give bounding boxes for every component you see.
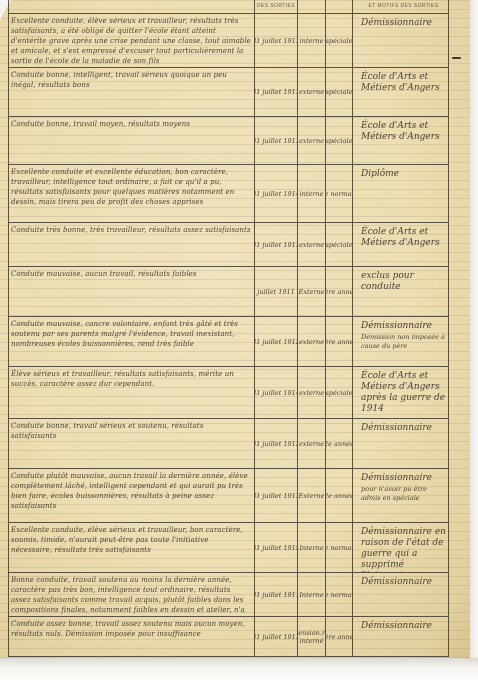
remarks-text: Conduite bonne, travail moyen, résultats… [11, 119, 251, 129]
remarks-cell: Élève sérieux et travailleur, résultats … [9, 367, 255, 418]
class-text: spéciale [326, 137, 352, 145]
motif-cell: Diplôme [353, 165, 449, 222]
motif-cell: Démissionnaire pour n'avoir pu être admi… [353, 469, 449, 522]
regime-text: externe [299, 389, 324, 397]
regime-cell: externe [298, 117, 326, 164]
header-status-cell [298, 0, 326, 13]
class-cell: 1ère année [326, 317, 353, 366]
remarks-text: Conduite bonne, travail sérieux et soute… [11, 421, 251, 441]
exit-date-cell: 31 juillet 1913 [255, 223, 298, 266]
class-cell: 3e normale [326, 523, 353, 572]
exit-date-cell: 31 juillet 1914 [255, 367, 298, 418]
motif-text: Démissionnaire [361, 575, 446, 588]
class-text: 1ère année [326, 633, 353, 641]
exit-date-cell: 31 juillet 1913 [255, 469, 298, 522]
regime-cell: externe [298, 367, 326, 418]
remarks-text: Excellente conduite, élève sérieux et tr… [11, 16, 251, 66]
regime-note-text: interné [300, 637, 324, 645]
remarks-text: Conduite mauvaise, cancre volontaire, en… [11, 319, 251, 349]
exit-date-cell: 31 juillet 1913 [255, 14, 298, 67]
table-row: Conduite mauvaise, cancre volontaire, en… [9, 317, 449, 367]
exit-date-text: 31 juillet 1912 [255, 440, 298, 448]
motif-text: Diplôme [361, 167, 446, 180]
class-cell: spéciale [326, 14, 353, 67]
class-text: 1ère année [326, 288, 353, 296]
exit-date-text: 31 juillet 1913 [255, 633, 298, 641]
table-row: Excellente conduite, élève sérieux et tr… [9, 523, 449, 573]
exit-date-cell: juillet 1911 [255, 267, 298, 316]
class-text: spéciale [326, 241, 352, 249]
exit-date-cell: 31 juillet 1913 [255, 68, 298, 116]
remarks-text: Conduite bonne, intelligent, travail sér… [11, 70, 251, 90]
header-date-label: DES SORTIES [257, 3, 295, 9]
table-row: Conduite assez bonne, travail assez sout… [9, 617, 449, 657]
regime-text: externe [299, 88, 324, 96]
table-row: Conduite bonne, travail sérieux et soute… [9, 419, 449, 469]
remarks-text: Bonne conduite, travail soutenu au moins… [11, 575, 251, 616]
class-cell: 1ère année [326, 617, 353, 656]
margin-tick-mark [452, 57, 461, 59]
motif-text: École d'Arts et Métiers d'Angers après l… [361, 369, 446, 415]
exit-date-text: 31 juillet 1913 [255, 492, 298, 500]
regime-text: Interne [299, 544, 323, 552]
regime-cell: Externe [298, 469, 326, 522]
remarks-cell: Excellente conduite, élève sérieux et tr… [9, 523, 255, 572]
class-cell: 4e normale [326, 165, 353, 222]
regime-cell: Externe [298, 267, 326, 316]
exit-date-text: 31 juillet 1912 [255, 338, 298, 346]
motif-text: Démissionnaire [361, 421, 446, 434]
exit-date-text: 31 juillet 1914 [255, 389, 298, 397]
exit-date-cell: 31 juillet 1914 [255, 165, 298, 222]
regime-cell: Interne [298, 573, 326, 616]
class-text: 2e année [326, 492, 353, 500]
regime-text: externe [299, 338, 324, 346]
page-right-edge [470, 0, 478, 680]
header-date-cell: DES SORTIES [255, 0, 298, 13]
regime-cell: externe [298, 68, 326, 116]
motif-note-text: pour n'avoir pu être admis en spéciale [361, 485, 446, 503]
motif-text: exclus pour conduite [361, 269, 446, 293]
regime-text: externe [299, 440, 324, 448]
motif-cell: École d'Arts et Métiers d'Angers après l… [353, 367, 449, 418]
exit-date-cell: 31 juillet 1912 [255, 317, 298, 366]
exit-date-cell: 31 juillet 1915 [255, 523, 298, 572]
regime-cell: externe [298, 419, 326, 468]
exit-date-text: 31 juillet 1913 [255, 137, 298, 145]
table-row: Conduite bonne, travail moyen, résultats… [9, 117, 449, 165]
remarks-cell: Conduite mauvaise, aucun travail, résult… [9, 267, 255, 316]
motif-text: Démissionnaire [361, 619, 446, 632]
regime-cell: pension.re interné [298, 617, 326, 656]
exit-date-cell: 31 juillet 1913 [255, 617, 298, 656]
remarks-cell: Conduite mauvaise, cancre volontaire, en… [9, 317, 255, 366]
exit-date-text: 31 juillet 1914 [255, 190, 298, 198]
class-cell: 1ère année [326, 267, 353, 316]
regime-text: Interne [299, 591, 323, 599]
remarks-cell: Excellente conduite et excellente éducat… [9, 165, 255, 222]
remarks-text: Conduite mauvaise, aucun travail, résult… [11, 269, 251, 279]
table-row: Conduite plutôt mauvaise, aucun travail … [9, 469, 449, 523]
class-cell: spéciale [326, 68, 353, 116]
motif-cell: École d'Arts et Métiers d'Angers [353, 117, 449, 164]
regime-text: externe [299, 137, 324, 145]
class-cell: 2e année [326, 469, 353, 522]
remarks-text: Conduite assez bonne, travail assez sout… [11, 619, 251, 639]
table-row: Bonne conduite, travail soutenu au moins… [9, 573, 449, 617]
class-text: spéciale [326, 389, 352, 397]
motif-cell: Démissionnaire [353, 419, 449, 468]
exit-date-text: 31 juillet 1913 [255, 88, 298, 96]
exit-date-cell: 31 juillet 1912 [255, 419, 298, 468]
table-row: Excellente conduite et excellente éducat… [9, 165, 449, 223]
regime-text: Externe [298, 492, 324, 500]
header-motif-cell: ET MOTIFS DES SORTIES [353, 0, 449, 13]
table-row: Excellente conduite, élève sérieux et tr… [9, 14, 449, 68]
class-text: 4e normale [326, 591, 353, 599]
remarks-cell: Conduite assez bonne, travail assez sout… [9, 617, 255, 656]
motif-text: Démissionnaire [361, 16, 446, 29]
regime-cell: interne [298, 14, 326, 67]
remarks-text: Conduite plutôt mauvaise, aucun travail … [11, 471, 251, 511]
header-remarks-cell [9, 0, 255, 13]
remarks-text: Excellente conduite, élève sérieux et tr… [11, 525, 251, 555]
motif-cell: École d'Arts et Métiers d'Angers [353, 68, 449, 116]
table-row: Conduite bonne, intelligent, travail sér… [9, 68, 449, 117]
table-row: Conduite très bonne, très travailleur, r… [9, 223, 449, 267]
regime-cell: externe [298, 317, 326, 366]
regime-text: pension.re [298, 629, 326, 637]
motif-cell: Démissionnaire [353, 617, 449, 656]
table-header-row: DES SORTIES ET MOTIFS DES SORTIES [9, 0, 449, 14]
exit-date-text: 31 juillet 1915 [255, 544, 298, 552]
register-page: DES SORTIES ET MOTIFS DES SORTIES Excell… [0, 0, 470, 658]
motif-cell: Démissionnaire [353, 573, 449, 616]
motif-cell: exclus pour conduite [353, 267, 449, 316]
motif-note-text: Démission non imposée à cause du père [361, 333, 446, 351]
class-text: 1ère année [326, 338, 353, 346]
remarks-text: Conduite très bonne, très travailleur, r… [11, 225, 251, 235]
remarks-cell: Conduite bonne, intelligent, travail sér… [9, 68, 255, 116]
motif-cell: Démissionnaire Démission non imposée à c… [353, 317, 449, 366]
class-cell: spéciale [326, 223, 353, 266]
motif-cell: Démissionnaire en raison de l'état de gu… [353, 523, 449, 572]
class-text: 2e année [326, 440, 353, 448]
remarks-text: Excellente conduite et excellente éducat… [11, 167, 251, 207]
motif-text: École d'Arts et Métiers d'Angers [361, 225, 446, 249]
regime-text: interne [300, 190, 324, 198]
header-motif-label: ET MOTIFS DES SORTIES [369, 3, 439, 9]
exit-date-cell: 31 juillet 1911 [255, 573, 298, 616]
regime-text: interne [300, 37, 324, 45]
exit-date-text: 31 juillet 1913 [255, 37, 298, 45]
class-cell: 2e année [326, 419, 353, 468]
remarks-cell: Conduite très bonne, très travailleur, r… [9, 223, 255, 266]
regime-cell: Interne [298, 523, 326, 572]
table-row: Conduite mauvaise, aucun travail, résult… [9, 267, 449, 317]
motif-text: École d'Arts et Métiers d'Angers [361, 119, 446, 143]
remarks-cell: Bonne conduite, travail soutenu au moins… [9, 573, 255, 616]
motif-cell: École d'Arts et Métiers d'Angers [353, 223, 449, 266]
register-table: DES SORTIES ET MOTIFS DES SORTIES Excell… [8, 0, 449, 657]
motif-cell: Démissionnaire [353, 14, 449, 67]
regime-text: Externe [298, 288, 324, 296]
regime-cell: interne [298, 165, 326, 222]
table-body: Excellente conduite, élève sérieux et tr… [9, 14, 449, 657]
class-cell: spéciale [326, 367, 353, 418]
exit-date-text: 31 juillet 1913 [255, 241, 298, 249]
header-class-cell [326, 0, 353, 13]
remarks-cell: Conduite bonne, travail sérieux et soute… [9, 419, 255, 468]
exit-date-text: juillet 1911 [257, 288, 295, 296]
motif-text: Démissionnaire en raison de l'état de gu… [361, 525, 446, 572]
exit-date-text: 31 juillet 1911 [255, 591, 298, 599]
motif-text: École d'Arts et Métiers d'Angers [361, 70, 446, 94]
remarks-cell: Excellente conduite, élève sérieux et tr… [9, 14, 255, 67]
table-row: Élève sérieux et travailleur, résultats … [9, 367, 449, 419]
regime-text: externe [299, 241, 324, 249]
page-bottom-edge [0, 658, 478, 680]
regime-cell: externe [298, 223, 326, 266]
class-text: 4e normale [326, 190, 353, 198]
class-text: 3e normale [326, 544, 353, 552]
exit-date-cell: 31 juillet 1913 [255, 117, 298, 164]
class-cell: 4e normale [326, 573, 353, 616]
class-text: spéciale [326, 37, 352, 45]
remarks-text: Élève sérieux et travailleur, résultats … [11, 369, 251, 389]
remarks-cell: Conduite bonne, travail moyen, résultats… [9, 117, 255, 164]
remarks-cell: Conduite plutôt mauvaise, aucun travail … [9, 469, 255, 522]
motif-text: Démissionnaire [361, 471, 446, 484]
class-text: spéciale [326, 88, 352, 96]
class-cell: spéciale [326, 117, 353, 164]
motif-text: Démissionnaire [361, 319, 446, 332]
